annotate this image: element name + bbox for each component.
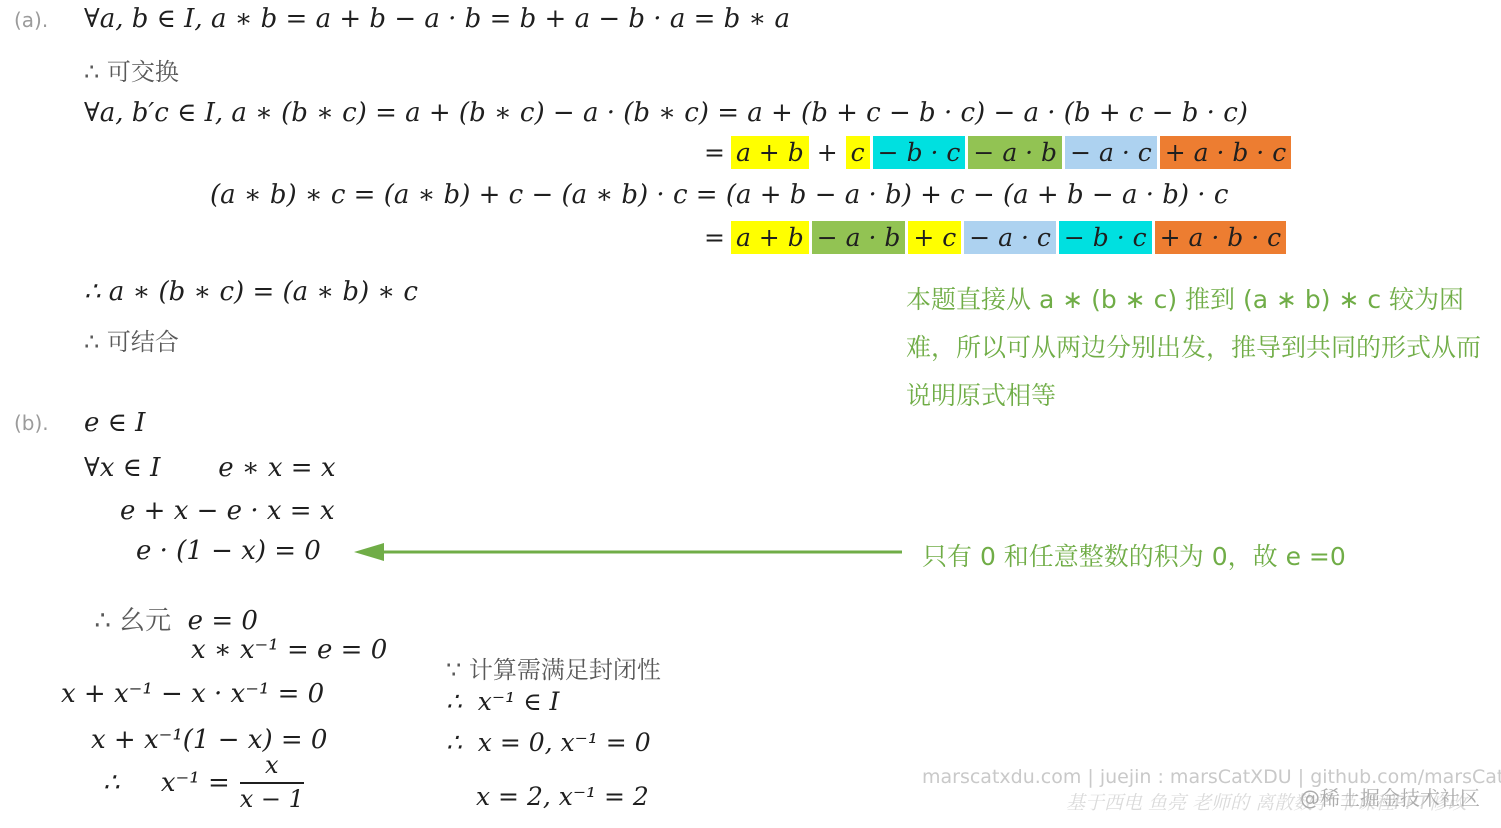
b-solution-2: x = 2, x⁻¹ = 2 — [476, 782, 649, 811]
term: a + b — [731, 221, 809, 254]
a-equality-conclusion: ∴ a ∗ (b ∗ c) = (a ∗ b) ∗ c — [84, 277, 418, 307]
term: − a · c — [964, 221, 1056, 254]
b-inverse-eq3: x + x⁻¹(1 − x) = 0 — [91, 725, 327, 755]
b-inverse-eq2: x + x⁻¹ − x · x⁻¹ = 0 — [61, 679, 324, 709]
fraction-numerator: x — [240, 752, 304, 784]
term: − a · b — [968, 136, 1062, 169]
b-step-factored: e · (1 − x) = 0 — [136, 536, 321, 566]
b-identity-def: ∀x ∈ I e ∗ x = x — [84, 453, 335, 483]
b-closure-reason: ∵ 计算需满足封闭性 — [446, 650, 661, 685]
b-solution-1: ∴ x = 0, x⁻¹ = 0 — [446, 728, 651, 757]
b-arrow-note: 只有 0 和任意整数的积为 0，故 e =0 — [922, 537, 1346, 573]
a-commutative-conclusion: ∴ 可交换 — [84, 52, 179, 87]
term: c — [846, 136, 870, 169]
left-arrow — [352, 541, 912, 563]
highlighted-terms-1: a + b+c− b · c− a · b− a · c+ a · b · c — [731, 136, 1294, 169]
b-inverse-formula: ∴ x⁻¹ = x x − 1 — [103, 752, 304, 813]
equals-sign: = — [704, 138, 725, 167]
b-inverse-in-I: ∴ x⁻¹ ∈ I — [446, 687, 559, 716]
term: + c — [908, 221, 961, 254]
term: + a · b · c — [1155, 221, 1286, 254]
section-b-label: (b). — [14, 411, 49, 435]
identity-value: e = 0 — [171, 606, 258, 636]
highlighted-terms-2: a + b− a · b+ c− a · c− b · c+ a · b · c — [731, 221, 1289, 254]
term: a + b — [731, 136, 809, 169]
equals-sign: = — [704, 223, 725, 252]
a-side-note: 本题直接从 a ∗ (b ∗ c) 推到 (a ∗ b) ∗ c 较为困难，所以… — [906, 276, 1484, 420]
term: − b · c — [873, 136, 966, 169]
term: − b · c — [1059, 221, 1152, 254]
b-step-expand: e + x − e · x = x — [120, 496, 335, 526]
b-e-in-I: e ∈ I — [84, 408, 145, 438]
a-expansion-2: = a + b− a · b+ c− a · c− b · c+ a · b ·… — [704, 221, 1289, 254]
a-definition-line: ∀a, b ∈ I, a ∗ b = a + b − a · b = b + a… — [84, 4, 790, 34]
term: − a · c — [1065, 136, 1157, 169]
a-assoc-right-line: (a ∗ b) ∗ c = (a ∗ b) + c − (a ∗ b) · c … — [210, 180, 1228, 210]
watermark-community-badge: @稀土掘金技术社区 — [1300, 782, 1480, 811]
fraction-denominator: x − 1 — [240, 784, 304, 814]
a-associative-conclusion: ∴ 可结合 — [84, 322, 179, 357]
identity-element-label: ∴ 幺元 — [94, 606, 171, 636]
a-assoc-left-line: ∀a, b′c ∈ I, a ∗ (b ∗ c) = a + (b ∗ c) −… — [84, 98, 1248, 128]
b-inverse-eq1: x ∗ x⁻¹ = e = 0 — [191, 635, 387, 665]
section-a-label: (a). — [14, 8, 48, 32]
fraction: x x − 1 — [240, 752, 304, 813]
term: − a · b — [812, 221, 906, 254]
frac-prefix: ∴ x⁻¹ = — [103, 768, 230, 798]
term: + a · b · c — [1160, 136, 1291, 169]
a-expansion-1: = a + b+c− b · c− a · b− a · c+ a · b · … — [704, 136, 1294, 169]
notes-page: (a). ∀a, b ∈ I, a ∗ b = a + b − a · b = … — [0, 0, 1501, 828]
term: + — [812, 136, 843, 169]
